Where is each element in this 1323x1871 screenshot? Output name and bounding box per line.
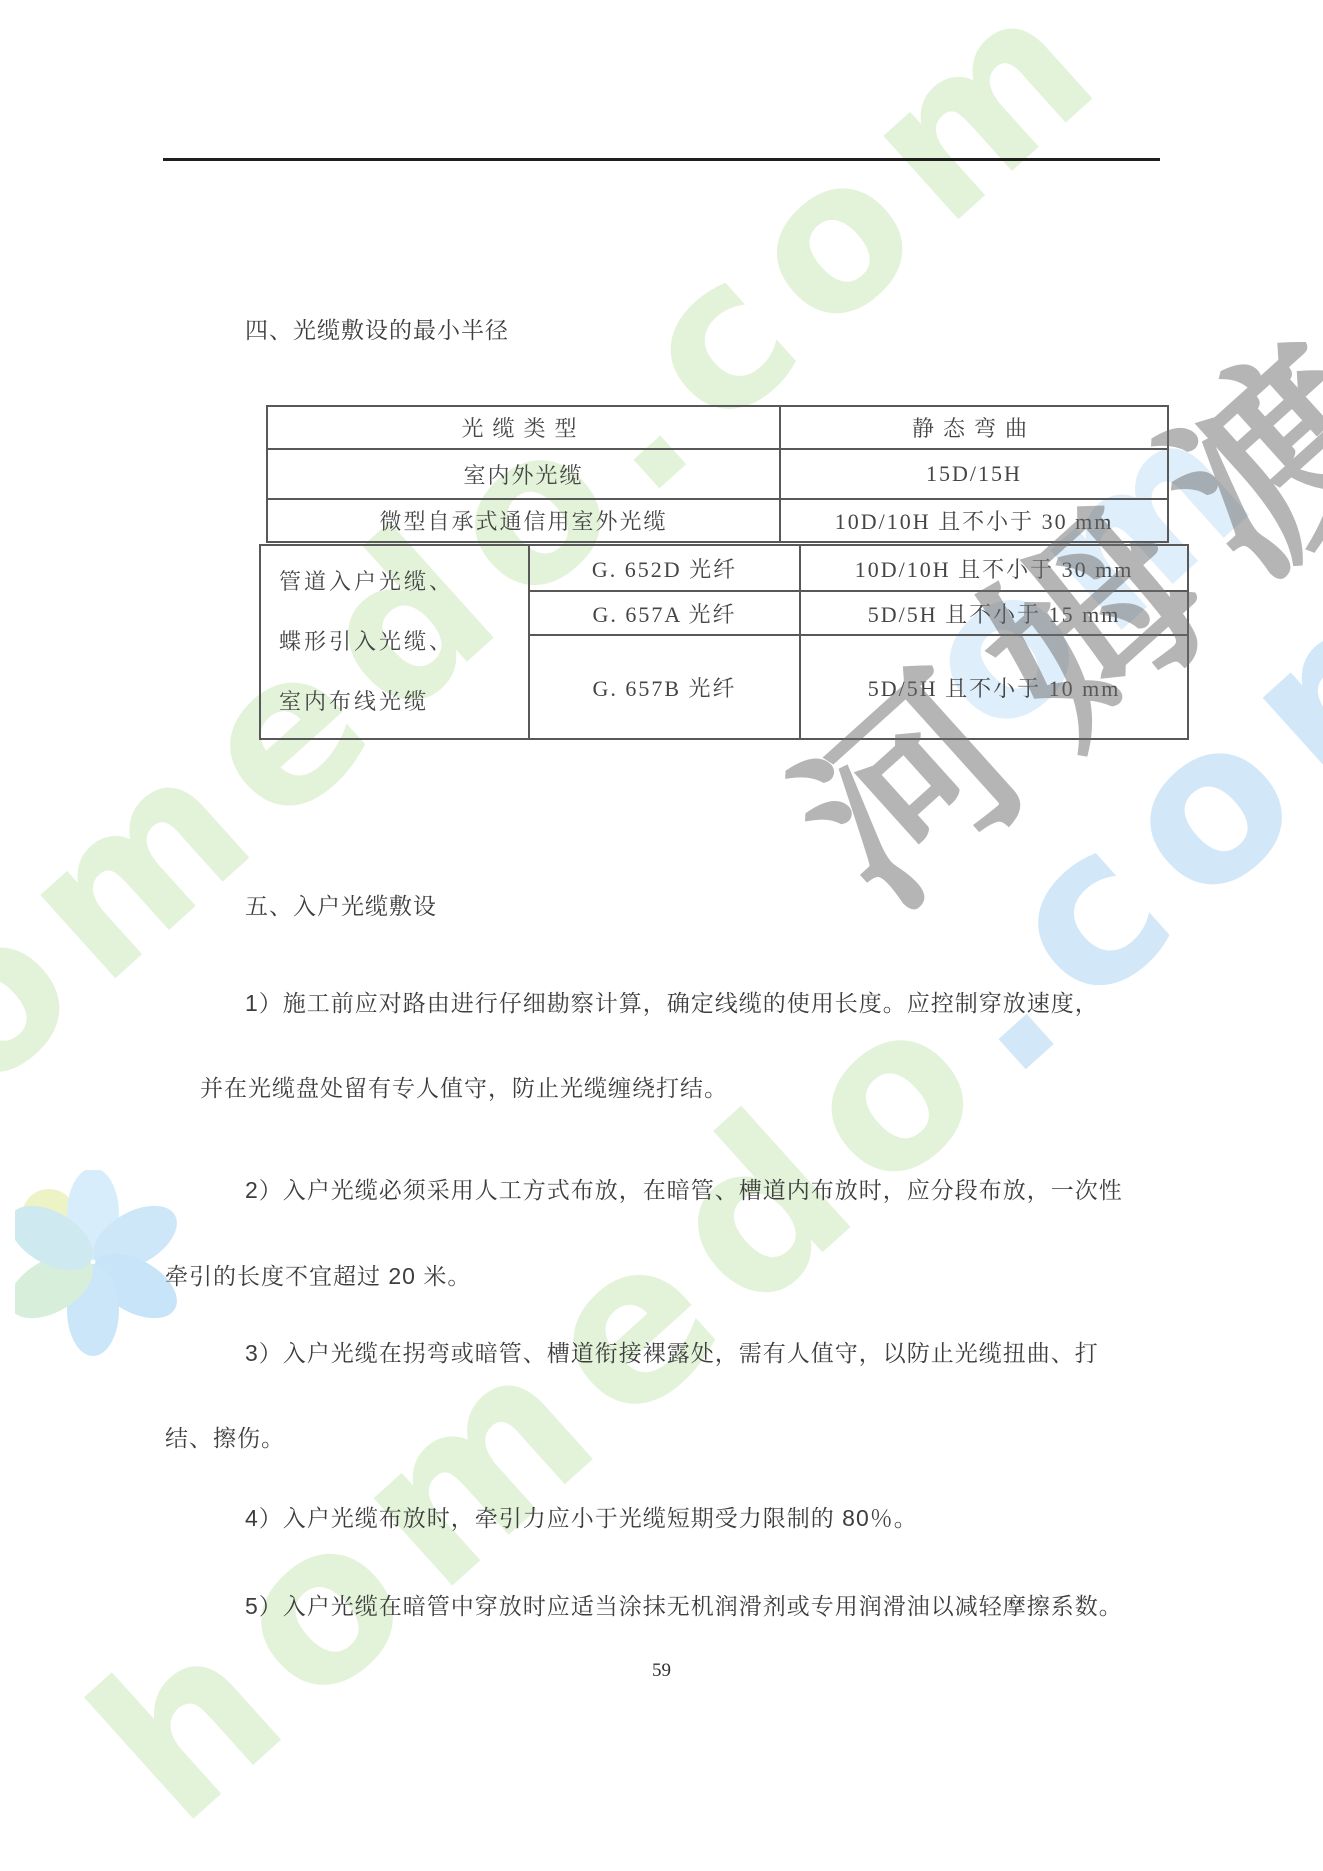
table-cell-static-bend: 15D/15H bbox=[780, 449, 1168, 499]
cable-bend-table-bottom: 管道入户光缆、 蝶形引入光缆、 室内布线光缆 G. 652D 光纤 10D/10… bbox=[259, 544, 1189, 740]
group-label-line: 管道入户光缆、 bbox=[279, 552, 528, 612]
table-cell-fiber-type: G. 657A 光纤 bbox=[529, 591, 800, 635]
group-label-line: 蝶形引入光缆、 bbox=[279, 612, 528, 672]
group-label-line: 室内布线光缆 bbox=[279, 672, 528, 732]
item2-line2: 牵引的长度不宜超过 20 米。 bbox=[165, 1258, 471, 1291]
table-cell-fiber-type: G. 657B 光纤 bbox=[529, 635, 800, 739]
item4-line1: 4）入户光缆布放时，牵引力应小于光缆短期受力限制的 80％。 bbox=[245, 1500, 918, 1533]
table-cell-static-bend: 10D/10H 且不小于 30 mm bbox=[800, 545, 1188, 591]
table-header-static-bend: 静态弯曲 bbox=[780, 406, 1168, 449]
table-cell-static-bend: 5D/5H 且不小于 15 mm bbox=[800, 591, 1188, 635]
table-cell-static-bend: 5D/5H 且不小于 10 mm bbox=[800, 635, 1188, 739]
cable-bend-table-top: 光缆类型 静态弯曲 室内外光缆 15D/15H 微型自承式通信用室外光缆 10D… bbox=[266, 405, 1169, 543]
item1-line1: 1）施工前应对路由进行仔细勘察计算，确定线缆的使用长度。应控制穿放速度， bbox=[245, 985, 1099, 1018]
item5-line1: 5）入户光缆在暗管中穿放时应适当涂抹无机润滑剂或专用润滑油以减轻摩擦系数。 bbox=[245, 1588, 1123, 1621]
table-cell-fiber-type: G. 652D 光纤 bbox=[529, 545, 800, 591]
table-cell-cable-group: 管道入户光缆、 蝶形引入光缆、 室内布线光缆 bbox=[260, 545, 529, 739]
header-rule bbox=[163, 158, 1160, 161]
table-cell-cable-type: 室内外光缆 bbox=[267, 449, 780, 499]
item1-line2: 并在光缆盘处留有专人值守，防止光缆缠绕打结。 bbox=[200, 1070, 728, 1103]
item2-line1: 2）入户光缆必须采用人工方式布放，在暗管、槽道内布放时，应分段布放，一次性 bbox=[245, 1172, 1123, 1205]
item3-line2: 结、擦伤。 bbox=[165, 1420, 285, 1453]
flower-logo-icon bbox=[15, 1170, 185, 1360]
page-number: 59 bbox=[0, 1660, 1323, 1682]
table-cell-static-bend: 10D/10H 且不小于 30 mm bbox=[780, 499, 1168, 542]
document-page: homedo.com homedo.com om 四、光缆敷设的最小半径 光缆类… bbox=[0, 0, 1323, 1871]
section4-title: 四、光缆敷设的最小半径 bbox=[245, 312, 509, 345]
table-cell-cable-type: 微型自承式通信用室外光缆 bbox=[267, 499, 780, 542]
item3-line1: 3）入户光缆在拐弯或暗管、槽道衔接裸露处，需有人值守，以防止光缆扭曲、打 bbox=[245, 1335, 1099, 1368]
section5-title: 五、入户光缆敷设 bbox=[245, 888, 437, 921]
table-header-cable-type: 光缆类型 bbox=[267, 406, 780, 449]
